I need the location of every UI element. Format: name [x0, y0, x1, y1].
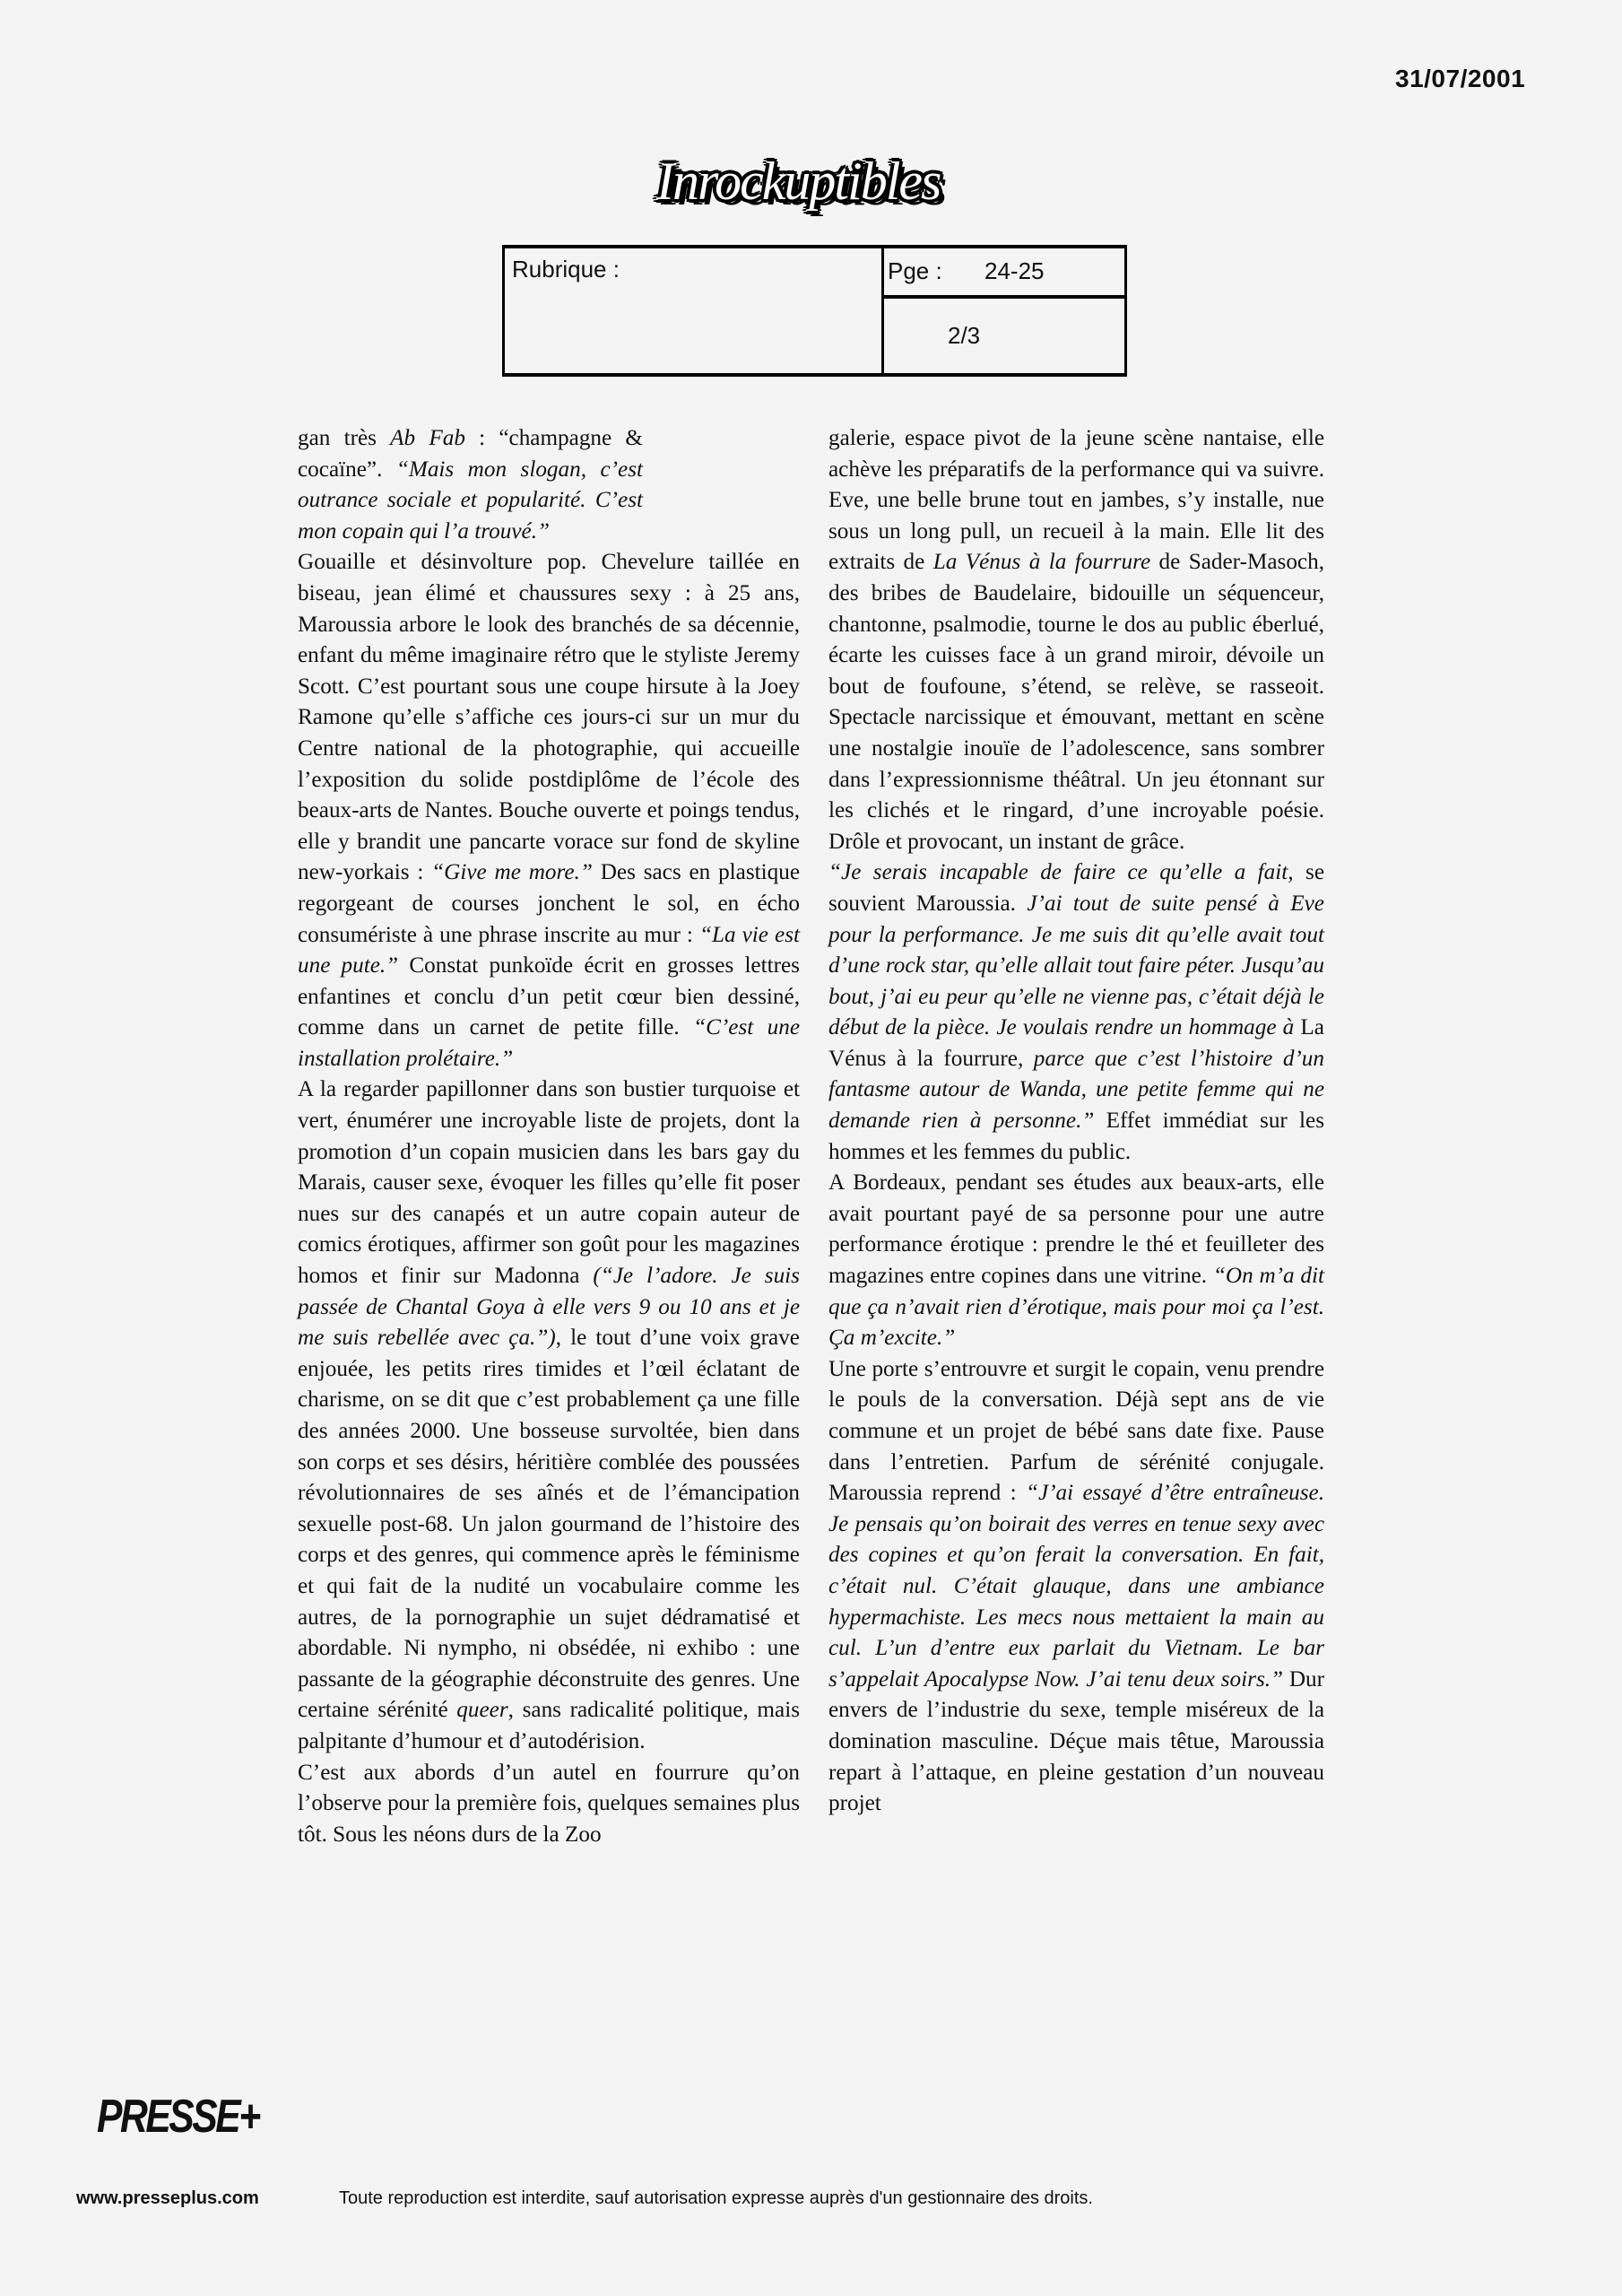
article-paragraph: “Je serais incapable de faire ce qu’elle… [828, 857, 1324, 1168]
article-column-left: gan très Ab Fab : “champagne & cocaïne”.… [298, 423, 800, 1850]
italic-quote: La Vénus à la fourrure [933, 550, 1150, 574]
article-paragraph: A la regarder papillonner dans son busti… [298, 1074, 800, 1757]
box-divider-horizontal [881, 295, 1124, 299]
text-run: Gouaille et désinvolture pop. Chevelure … [298, 550, 800, 884]
document-date: 31/07/2001 [1395, 65, 1525, 93]
footer-site-link[interactable]: www.presseplus.com [76, 2188, 259, 2209]
rights-notice: Toute reproduction est interdite, sauf a… [339, 2188, 1093, 2209]
info-box: Rubrique : Pge : 24-25 2/3 [502, 245, 1127, 377]
article-paragraph: gan très Ab Fab : “champagne & cocaïne”.… [298, 423, 643, 547]
text-run: C’est aux abords d’un autel en fourrure … [298, 1761, 800, 1847]
article-paragraph: C’est aux abords d’un autel en fourrure … [298, 1758, 800, 1851]
article-paragraph: Une porte s’entrouvre et surgit le copai… [828, 1354, 1324, 1820]
text-run: , le tout d’une voix grave enjouée, les … [298, 1326, 800, 1722]
logo-name: Inrockuptibles [656, 151, 940, 213]
page-label: Pge : [888, 257, 942, 285]
italic-quote: Ab Fab [390, 426, 465, 450]
article-paragraph: A Bordeaux, pendant ses études aux beaux… [828, 1168, 1324, 1354]
text-run: de Sader-Masoch, des bribes de Baudelair… [828, 550, 1324, 853]
italic-quote: “Je serais incapable de faire ce qu’elle… [828, 860, 1294, 884]
part-indicator: 2/3 [948, 322, 980, 350]
page-value: 24-25 [984, 257, 1045, 285]
italic-quote: “J’ai essayé d’être entraîneuse. Je pens… [828, 1481, 1324, 1692]
italic-quote: queer [456, 1698, 507, 1722]
text-run: A la regarder papillonner dans son busti… [298, 1077, 800, 1288]
text-run: gan très [298, 426, 390, 450]
rubrique-label: Rubrique : [512, 256, 620, 283]
italic-quote: “Give me more.” [431, 860, 593, 884]
box-divider-vertical [881, 248, 884, 373]
article-column-right: galerie, espace pivot de la jeune scène … [828, 423, 1324, 1820]
presse-plus-logo: PRESSE+ [97, 2090, 259, 2144]
publication-logo: Inrockuptibles [653, 143, 1029, 224]
article-paragraph: galerie, espace pivot de la jeune scène … [828, 423, 1324, 857]
article-paragraph: Gouaille et désinvolture pop. Chevelure … [298, 547, 800, 1074]
